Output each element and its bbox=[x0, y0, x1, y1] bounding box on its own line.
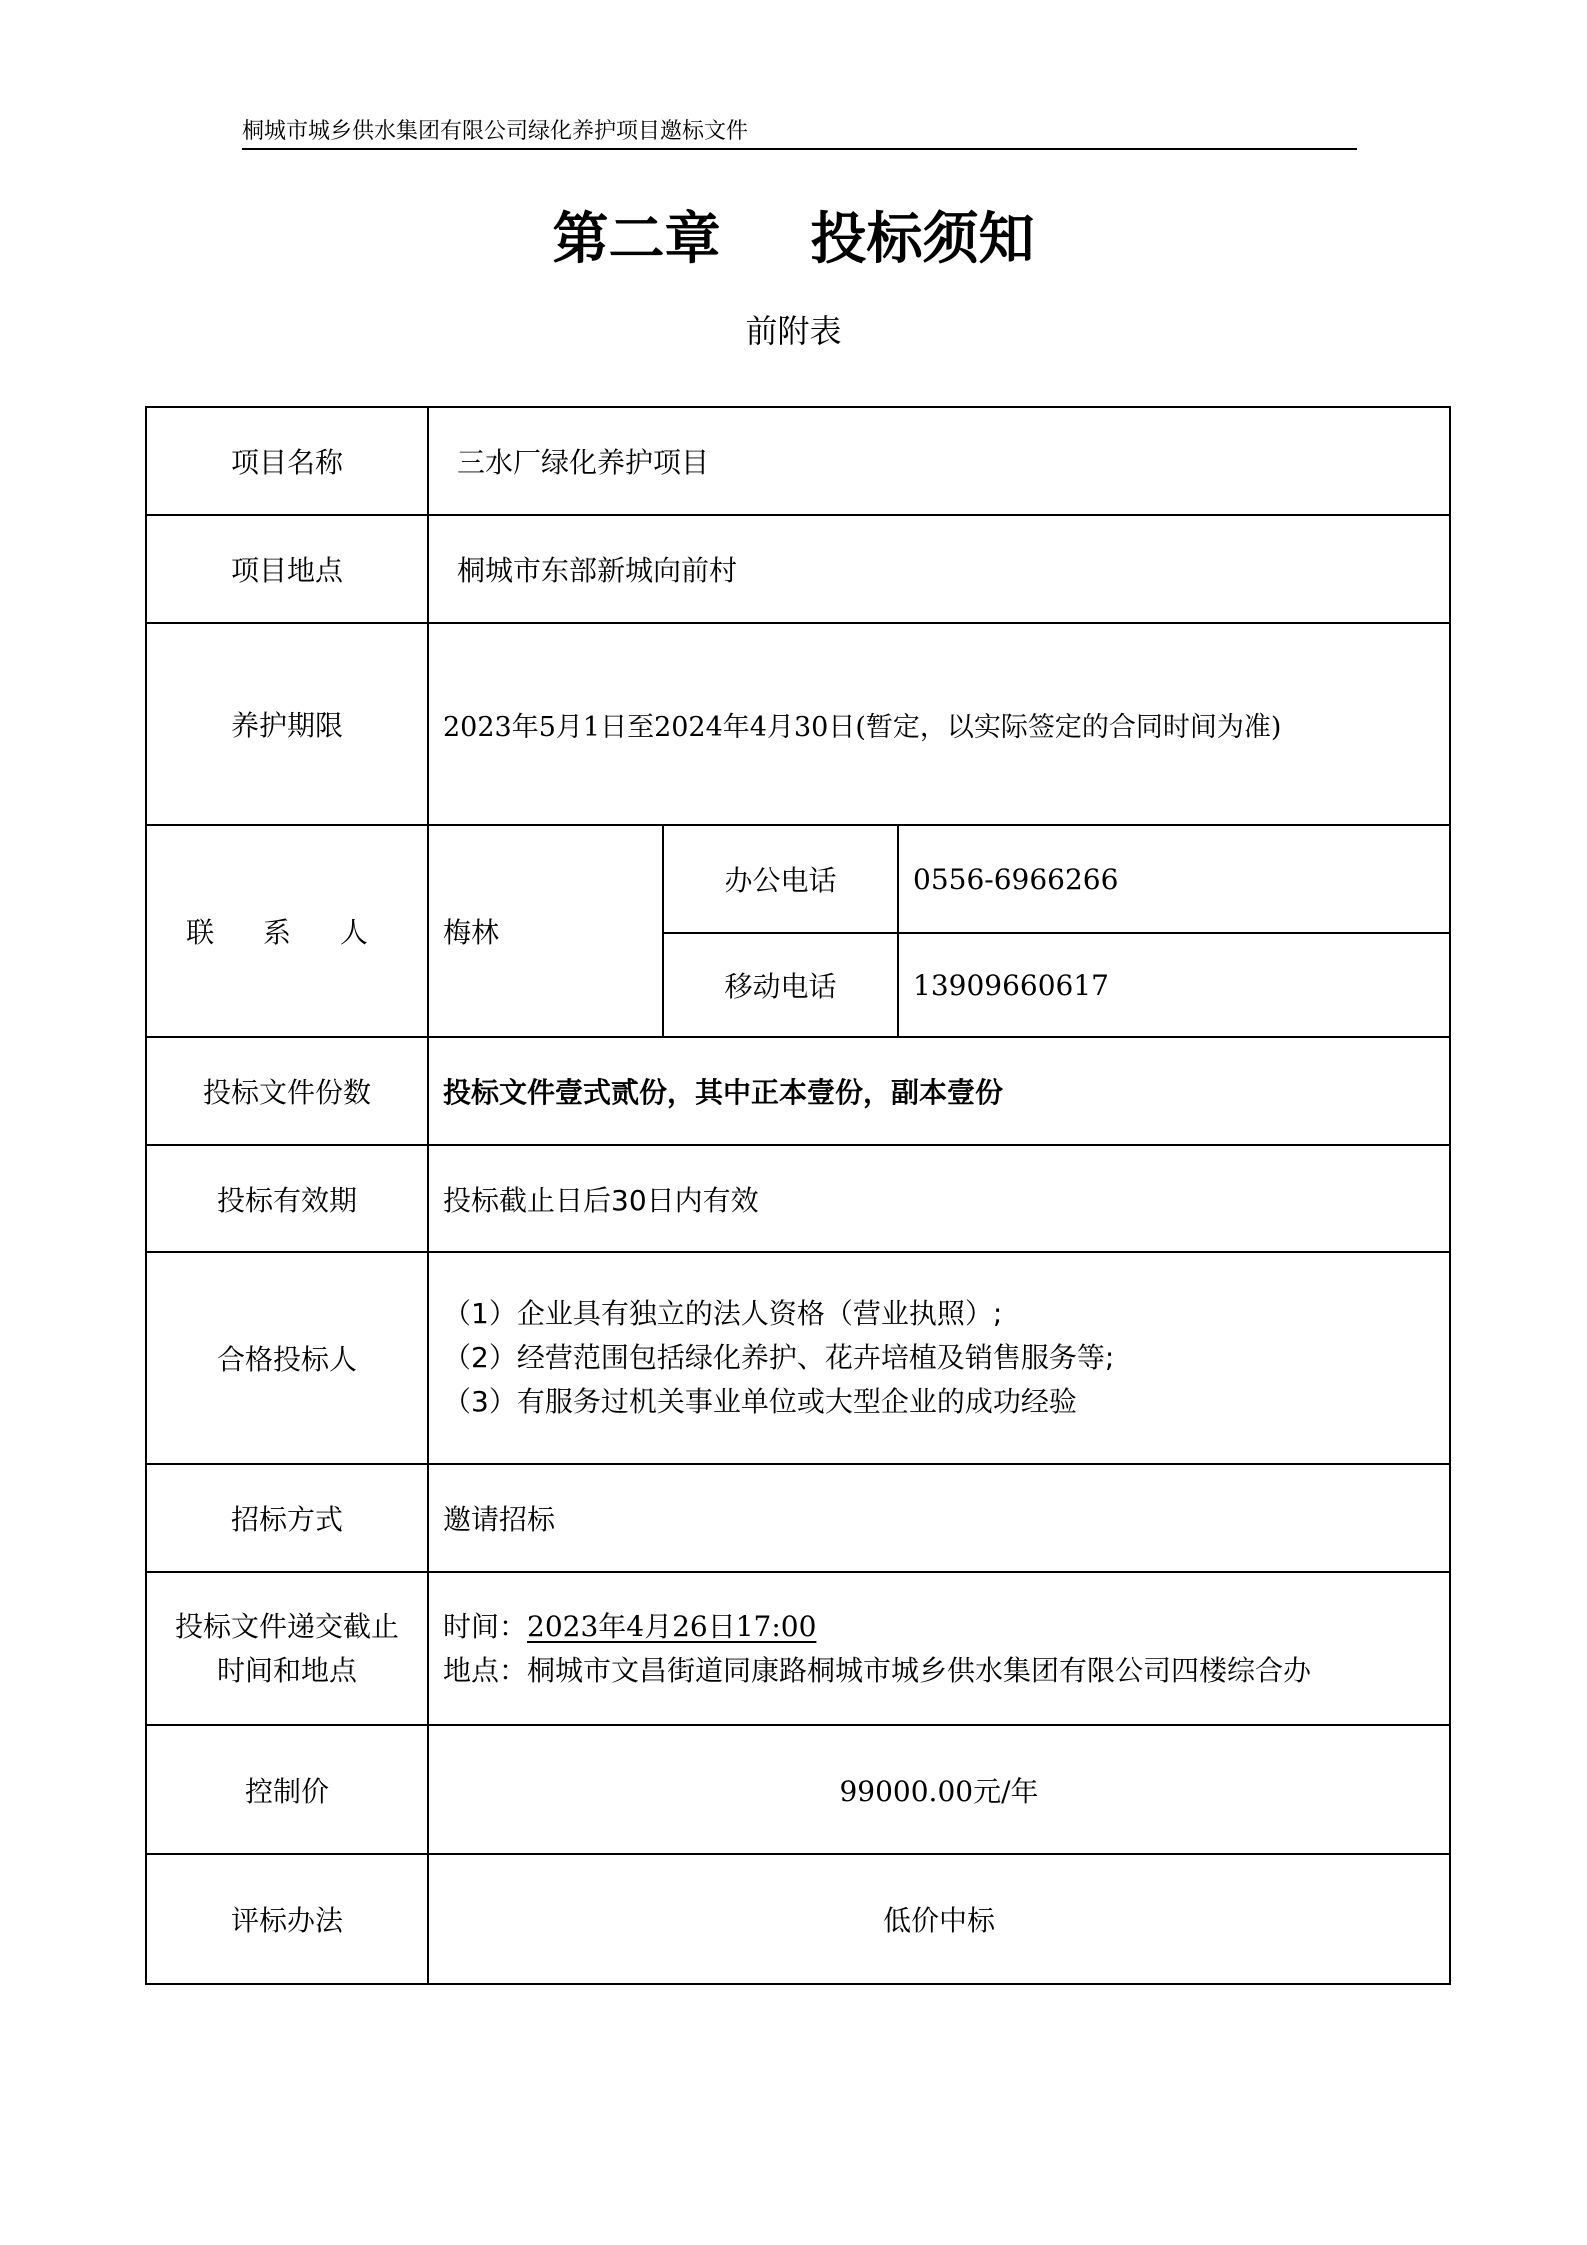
value-bid-copies: 投标文件壹式贰份，其中正本壹份，副本壹份 bbox=[428, 1037, 1450, 1145]
time-prefix: 时间： bbox=[443, 1610, 527, 1643]
table-row-submission: 投标文件递交截止 时间和地点 时间：2023年4月26日17:00 地点：桐城市… bbox=[146, 1572, 1450, 1725]
label-evaluation-method: 评标办法 bbox=[146, 1854, 428, 1984]
chapter-name: 投标须知 bbox=[811, 207, 1035, 272]
value-mobile-phone: 13909660617 bbox=[898, 933, 1450, 1037]
table-row-project-name: 项目名称 三水厂绿化养护项目 bbox=[146, 407, 1450, 515]
submission-location: 地点：桐城市文昌街道同康路桐城市城乡供水集团有限公司四楼综合办 bbox=[443, 1649, 1435, 1693]
value-project-name: 三水厂绿化养护项目 bbox=[428, 407, 1450, 515]
label-project-location: 项目地点 bbox=[146, 515, 428, 623]
label-mobile-phone: 移动电话 bbox=[663, 933, 898, 1037]
table-row-evaluation-method: 评标办法 低价中标 bbox=[146, 1854, 1450, 1984]
value-project-location: 桐城市东部新城向前村 bbox=[428, 515, 1450, 623]
table-row-qualified-bidder: 合格投标人 （1）企业具有独立的法人资格（营业执照）; （2）经营范围包括绿化养… bbox=[146, 1252, 1450, 1464]
table-row-project-location: 项目地点 桐城市东部新城向前村 bbox=[146, 515, 1450, 623]
document-header: 桐城市城乡供水集团有限公司绿化养护项目邀标文件 bbox=[242, 114, 748, 145]
label-maintenance-period: 养护期限 bbox=[146, 623, 428, 825]
chapter-title: 第二章投标须知 bbox=[0, 195, 1587, 275]
label-contact: 联 系 人 bbox=[146, 825, 428, 1037]
table-row-tender-method: 招标方式 邀请招标 bbox=[146, 1464, 1450, 1572]
requirement-item: （3）有服务过机关事业单位或大型企业的成功经验 bbox=[443, 1380, 1435, 1424]
label-qualified-bidder: 合格投标人 bbox=[146, 1252, 428, 1464]
submission-address: 桐城市文昌街道同康路桐城市城乡供水集团有限公司四楼综合办 bbox=[527, 1654, 1311, 1687]
requirement-item: （1）企业具有独立的法人资格（营业执照）; bbox=[443, 1292, 1435, 1336]
label-bid-copies: 投标文件份数 bbox=[146, 1037, 428, 1145]
chapter-number: 第二章 bbox=[553, 207, 721, 272]
value-control-price: 99000.00元/年 bbox=[428, 1725, 1450, 1854]
bid-info-table: 项目名称 三水厂绿化养护项目 项目地点 桐城市东部新城向前村 养护期限 2023… bbox=[145, 406, 1451, 1985]
submission-deadline: 2023年4月26日17:00 bbox=[527, 1610, 816, 1643]
label-control-price: 控制价 bbox=[146, 1725, 428, 1854]
value-evaluation-method: 低价中标 bbox=[428, 1854, 1450, 1984]
label-submission-line2: 时间和地点 bbox=[151, 1649, 423, 1693]
label-bid-validity: 投标有效期 bbox=[146, 1145, 428, 1252]
location-prefix: 地点： bbox=[443, 1654, 527, 1687]
label-submission: 投标文件递交截止 时间和地点 bbox=[146, 1572, 428, 1725]
table-row-bid-copies: 投标文件份数 投标文件壹式贰份，其中正本壹份，副本壹份 bbox=[146, 1037, 1450, 1145]
value-submission: 时间：2023年4月26日17:00 地点：桐城市文昌街道同康路桐城市城乡供水集… bbox=[428, 1572, 1450, 1725]
label-submission-line1: 投标文件递交截止 bbox=[151, 1605, 423, 1649]
value-office-phone: 0556-6966266 bbox=[898, 825, 1450, 933]
value-bid-validity: 投标截止日后30日内有效 bbox=[428, 1145, 1450, 1252]
value-qualified-bidder: （1）企业具有独立的法人资格（营业执照）; （2）经营范围包括绿化养护、花卉培植… bbox=[428, 1252, 1450, 1464]
table-row-control-price: 控制价 99000.00元/年 bbox=[146, 1725, 1450, 1854]
value-contact-name: 梅林 bbox=[428, 825, 663, 1037]
value-maintenance-period: 2023年5月1日至2024年4月30日(暂定，以实际签定的合同时间为准) bbox=[428, 623, 1450, 825]
label-office-phone: 办公电话 bbox=[663, 825, 898, 933]
table-row-contact-office: 联 系 人 梅林 办公电话 0556-6966266 bbox=[146, 825, 1450, 933]
table-row-maintenance-period: 养护期限 2023年5月1日至2024年4月30日(暂定，以实际签定的合同时间为… bbox=[146, 623, 1450, 825]
label-project-name: 项目名称 bbox=[146, 407, 428, 515]
submission-time: 时间：2023年4月26日17:00 bbox=[443, 1605, 1435, 1649]
header-divider bbox=[242, 148, 1357, 150]
value-tender-method: 邀请招标 bbox=[428, 1464, 1450, 1572]
section-title: 前附表 bbox=[0, 306, 1587, 352]
requirement-item: （2）经营范围包括绿化养护、花卉培植及销售服务等; bbox=[443, 1336, 1435, 1380]
table-row-bid-validity: 投标有效期 投标截止日后30日内有效 bbox=[146, 1145, 1450, 1252]
label-tender-method: 招标方式 bbox=[146, 1464, 428, 1572]
